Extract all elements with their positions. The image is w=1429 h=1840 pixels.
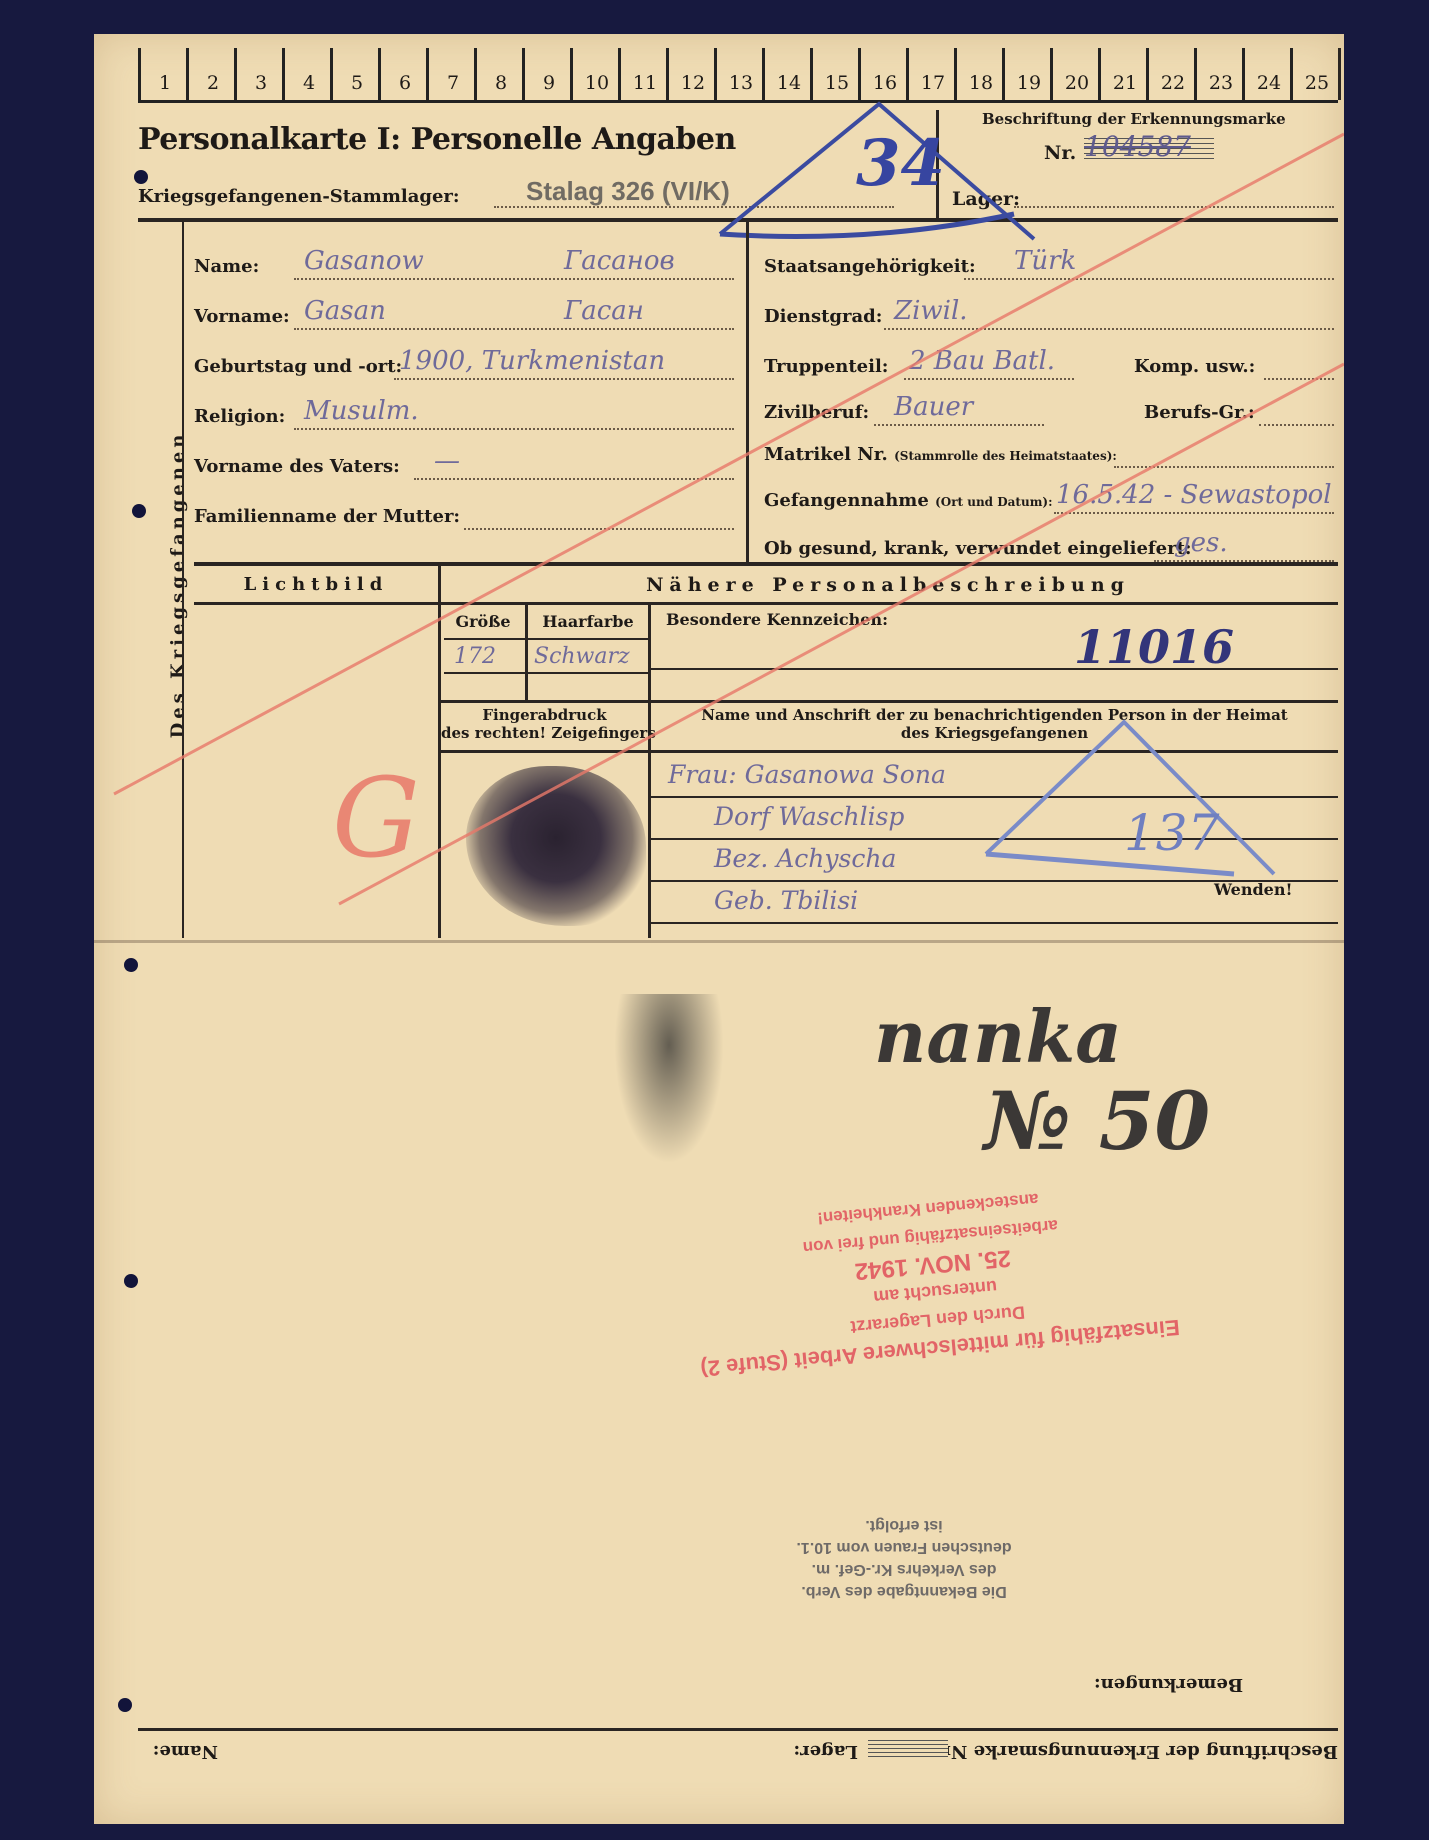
punch-hole <box>124 958 138 972</box>
punch-hole <box>124 1274 138 1288</box>
pencil-number: № 50 <box>984 1074 1210 1168</box>
red-strike-lines <box>94 34 1344 954</box>
gray-stamp-line: ist erfolgt. <box>694 1514 1114 1536</box>
personnel-card: 1234567891011121314151617181920212223242… <box>94 34 1344 1824</box>
bemerkungen-label: Bemerkungen: <box>1094 1674 1243 1695</box>
red-annotation: G <box>332 754 420 882</box>
fingerprint-smudge <box>614 994 724 1164</box>
gray-stamp-line: Die Bekanntgabe des Verb. <box>694 1580 1114 1602</box>
gray-stamp-line: deutschen Frauen vom 10.1. <box>694 1536 1114 1558</box>
gray-stamp: Die Bekanntgabe des Verb.des Verkehrs Kr… <box>694 1514 1114 1602</box>
footer-row: Beschriftung der Erkennungsmarke Nr. Lag… <box>138 1734 1338 1766</box>
footer-lager-label: Lager: <box>794 1741 859 1762</box>
red-stamp: Einsatzfähig für mittelschwere Arbeit (S… <box>648 1170 1221 1386</box>
pencil-word: nanka <box>874 994 1122 1079</box>
footer-marke-label: Beschriftung der Erkennungsmarke Nr. <box>937 1741 1338 1762</box>
footer-name-label: Name: <box>153 1741 218 1762</box>
punch-hole <box>118 1698 132 1712</box>
gray-stamp-line: des Verkehrs Kr.-Gef. m. <box>694 1558 1114 1580</box>
